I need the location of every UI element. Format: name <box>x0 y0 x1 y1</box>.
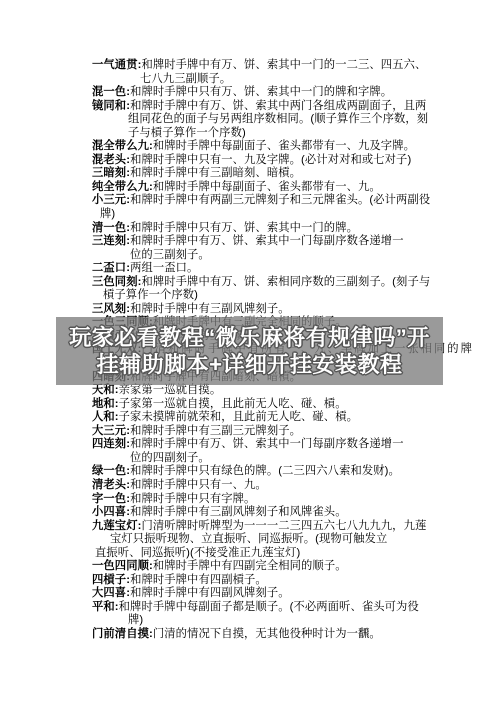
entry-line: 位的三副刻子。 <box>92 249 492 263</box>
entry-term: 门前清自摸: <box>92 628 153 640</box>
entry-term: 九莲宝灯: <box>92 520 141 532</box>
entry-line: 混老头:和牌时手牌中只有一、九及字牌。(必计对对和或七对子) <box>92 154 492 168</box>
entry-term: 三风刻: <box>92 303 130 315</box>
entry-line: 人和:子家未摸牌前就荣和，且此前无人吃、碰、槓。 <box>92 411 492 425</box>
entry-term: 三连刻: <box>92 235 130 247</box>
entry-term: 地和: <box>92 398 119 410</box>
entry-line: 字一色:和牌时手牌中只有字牌。 <box>92 493 492 507</box>
entry-term: 四槓子: <box>92 574 130 586</box>
entry-term: 三暗刻: <box>92 167 130 179</box>
entry-line: 二盃口:两组一盃口。 <box>92 262 492 276</box>
entry-line: 。 <box>92 357 492 371</box>
entry-line: 一色三同顺:和牌时手牌中有三副完全相同的顺子。 <box>92 316 492 330</box>
entry-line: 绿一色:和牌时手牌中只有绿色的牌。(二三四六八索和发财)。 <box>92 465 492 479</box>
entry-line: 组同花色的面子与另两组序数相同。(顺子算作三个序数，刻 <box>92 113 492 127</box>
entry-line: 小三元:和牌时手牌中有两副三元牌刻子和三元牌雀头。(必计两副役 <box>92 194 492 208</box>
entry-line: 天和:亲家第一巡就自摸。 <box>92 384 492 398</box>
entry-line: 三暗刻:和牌时手牌中有三副暗刻、暗槓。 <box>92 167 492 181</box>
entry-line: 三连刻:和牌时手牌中有万、饼、索其中一门每副序数各递增一 <box>92 235 492 249</box>
entry-line: 大三元:和牌时手牌中有三副三元牌刻子。 <box>92 425 492 439</box>
entry-term: 绿一色: <box>92 465 130 477</box>
entry-line: 牌) <box>92 614 492 628</box>
yaku-list: 一气通贯:和牌时手牌中有万、饼、索其中一门的一二三、四五六、七八九三副顺子。混一… <box>92 59 492 642</box>
entry-term: 三槓子: <box>92 330 130 342</box>
entry-term: 清老头: <box>92 479 130 491</box>
entry-term: 平和: <box>92 601 119 613</box>
entry-term: 一气通贯: <box>92 59 141 71</box>
entry-term: 混一色: <box>92 86 130 98</box>
entry-line: 混全带么九:和牌时手牌中每副面子、雀头都带有一、九及字牌。 <box>92 140 492 154</box>
entry-line: 四连刻:和牌时手牌中有万、饼、索其中一门每副序数各递增一 <box>92 438 492 452</box>
entry-line: 三风刻:和牌时手牌中有三副风牌刻子。 <box>92 303 492 317</box>
entry-line: 直振听、同巡振听)(不接受准正九莲宝灯) <box>92 547 492 561</box>
entry-line: 位的四副刻子。 <box>92 452 492 466</box>
entry-term: 混老头: <box>92 154 130 166</box>
entry-term: 一色四同顺: <box>92 560 153 572</box>
entry-term: 清一色: <box>92 222 130 234</box>
entry-line: 槓子算作一个序数) <box>92 289 492 303</box>
entry-term: 小三元: <box>92 194 130 206</box>
entry-term: 镜同和: <box>92 100 130 112</box>
entry-line: 子与槓子算作一个序数) <box>92 127 492 141</box>
entry-line: 地和:子家第一巡就自摸，且此前无人吃、碰、槓。 <box>92 398 492 412</box>
entry-line: 四槓子:和牌时手牌中有四副槓子。 <box>92 574 492 588</box>
entry-line: 门前清自摸:门清的情况下自摸，无其他役种时计为一飜。 <box>92 628 492 642</box>
document-page: 一气通贯:和牌时手牌中有万、饼、索其中一门的一二三、四五六、七八九三副顺子。混一… <box>0 0 500 707</box>
entry-line: 宝灯只振听现物、立直振听、同巡振听。(现物可触发立 <box>92 533 492 547</box>
entry-line: 四暗刻:和牌时手牌中有四副暗刻、暗槓。 <box>92 371 492 385</box>
entry-term: 四暗刻: <box>92 371 130 383</box>
entry-term: 大四喜: <box>92 587 130 599</box>
entry-term: 一色三同顺: <box>92 316 153 328</box>
entry-line: 牌) <box>92 208 492 222</box>
entry-line: 一气通贯:和牌时手牌中有万、饼、索其中一门的一二三、四五六、 <box>92 59 492 73</box>
entry-term: 二盃口: <box>92 262 130 274</box>
entry-line: 七八九三副顺子。 <box>92 73 492 87</box>
entry-line: 镜同和:和牌时手牌中有万、饼、索其中两门各组成两副面子，且两 <box>92 100 492 114</box>
entry-line: 平和:和牌时手牌中每副面子都是顺子。(不必两面听、雀头可为役 <box>92 601 492 615</box>
entry-term: 国士无双: <box>92 343 141 355</box>
entry-line: 大四喜:和牌时手牌中有四副风牌刻子。 <box>92 587 492 601</box>
entry-line: 国士无双:门清和牌时手牌中有所有一、九、字牌加上一张相同的牌 <box>92 343 492 357</box>
entry-line: 清老头:和牌时手牌中只有一、九。 <box>92 479 492 493</box>
entry-term: 字一色: <box>92 493 130 505</box>
entry-line: 清一色:和牌时手牌中只有万、饼、索其中一门的牌。 <box>92 222 492 236</box>
entry-term: 纯全带么九: <box>92 181 153 193</box>
entry-line: 九莲宝灯:门清听牌时听牌型为一一一二三四五六七八九九九，九莲 <box>92 520 492 534</box>
entry-term: 大三元: <box>92 425 130 437</box>
entry-line: 小四喜:和牌时手牌中有三副风牌刻子和风牌雀头。 <box>92 506 492 520</box>
entry-term: 小四喜: <box>92 506 130 518</box>
entry-term: 人和: <box>92 411 119 423</box>
entry-line: 混一色:和牌时手牌中只有万、饼、索其中一门的牌和字牌。 <box>92 86 492 100</box>
entry-term: 天和: <box>92 384 119 396</box>
entry-line: 三槓子:和牌时手牌中有三副槓子。 <box>92 330 492 344</box>
entry-line: 三色同刻:和牌时手牌中有万、饼、索相同序数的三副刻子。(刻子与 <box>92 276 492 290</box>
entry-term: 三色同刻: <box>92 276 141 288</box>
entry-line: 纯全带么九:和牌时手牌中每副面子、雀头都带有一、九。 <box>92 181 492 195</box>
entry-term: 混全带么九: <box>92 140 153 152</box>
entry-line: 一色四同顺:和牌时手牌中有四副完全相同的顺子。 <box>92 560 492 574</box>
entry-term: 四连刻: <box>92 438 130 450</box>
